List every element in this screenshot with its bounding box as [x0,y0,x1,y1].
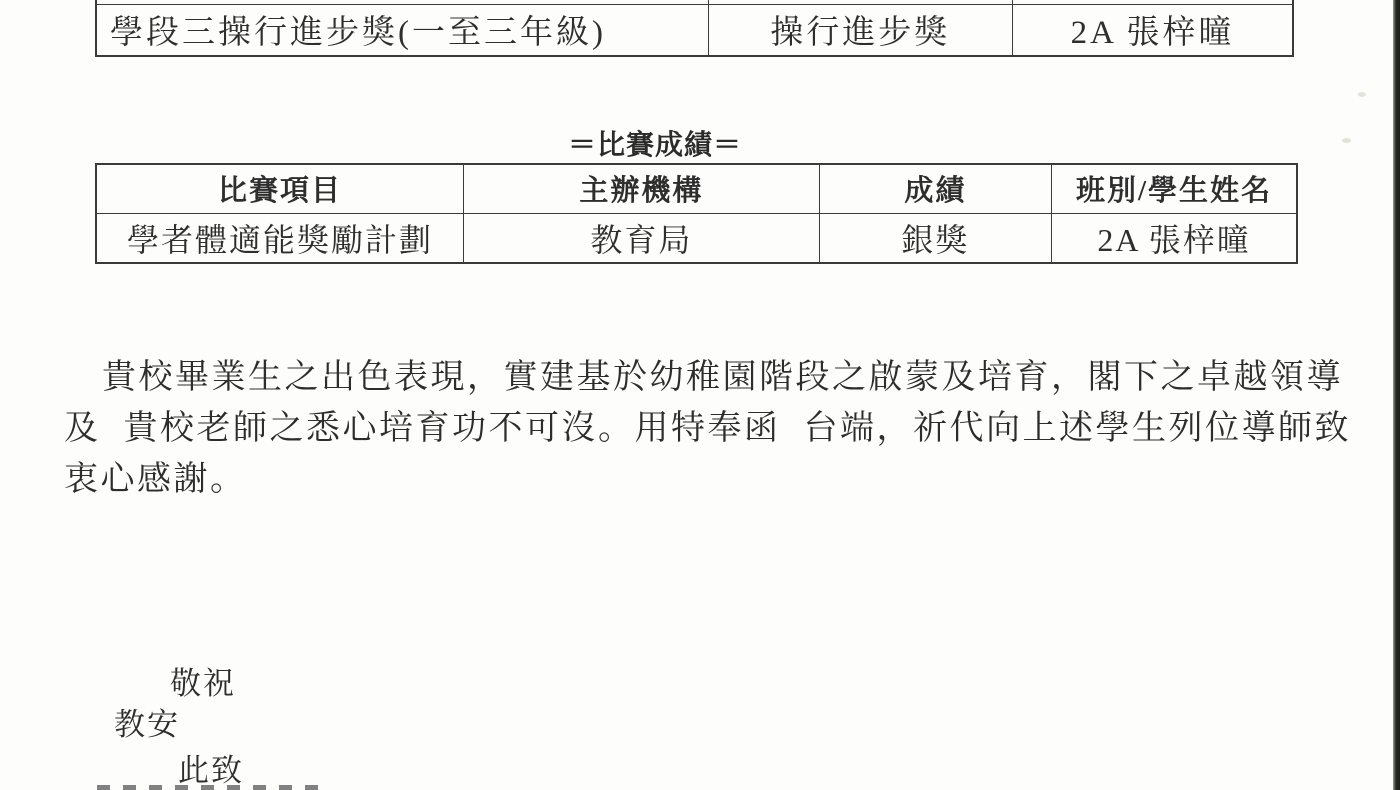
awards-table: 學段三操行進步獎(一至三年級) 操行進步獎 2A 張梓曈 [95,0,1294,57]
class-student-cell: 2A 張梓曈 [1052,213,1297,263]
awards-table-grid: 學段三操行進步獎(一至三年級) 操行進步獎 2A 張梓曈 [95,0,1294,57]
competition-table: 比賽項目 主辦機構 成績 班別/學生姓名 學者體適能獎勵計劃 教育局 銀獎 2A… [95,163,1298,264]
competition-table-header-row: 比賽項目 主辦機構 成績 班別/學生姓名 [96,164,1297,213]
header-organizer: 主辦機構 [464,164,820,213]
competition-table-row: 學者體適能獎勵計劃 教育局 銀獎 2A 張梓曈 [96,213,1297,263]
letter-body-paragraph: 貴校畢業生之出色表現，實建基於幼稚園階段之啟蒙及培育，閣下之卓越領導 及 貴校老… [64,352,1396,505]
header-class-student: 班別/學生姓名 [1052,164,1297,213]
closing-teaching-peace: 教安 [114,699,180,744]
closing-respect-wish: 敬祝 [170,658,236,703]
result-cell: 銀獎 [819,213,1051,263]
paragraph-line-1: 貴校畢業生之出色表現，實建基於幼稚園階段之啟蒙及培育，閣下之卓越領導 [64,352,1396,403]
award-name-cell: 操行進步獎 [708,4,1013,56]
scan-speck [1342,138,1351,143]
organizer-cell: 教育局 [464,213,820,263]
scanner-edge-strip [1393,0,1400,790]
scanned-letter-page: 學段三操行進步獎(一至三年級) 操行進步獎 2A 張梓曈 ＝比賽成績＝ 比賽項目… [0,0,1400,790]
award-item-cell: 學段三操行進步獎(一至三年級) [96,4,708,56]
cut-off-text-remnant [97,785,325,790]
competition-item-cell: 學者體適能獎勵計劃 [96,213,464,263]
award-student-cell: 2A 張梓曈 [1013,4,1293,56]
awards-table-row: 學段三操行進步獎(一至三年級) 操行進步獎 2A 張梓曈 [96,4,1293,56]
scan-speck [1358,92,1366,97]
competition-results-heading: ＝比賽成績＝ [95,123,1215,163]
paragraph-line-3: 衷心感謝。 [64,454,1396,505]
competition-table-grid: 比賽項目 主辦機構 成績 班別/學生姓名 學者體適能獎勵計劃 教育局 銀獎 2A… [95,163,1298,264]
header-result: 成績 [819,164,1051,213]
paragraph-line-2: 及 貴校老師之悉心培育功不可沒。用特奉函 台端，祈代向上述學生列位導師致 [64,403,1396,454]
closing-this-to: 此致 [178,745,244,790]
header-competition-item: 比賽項目 [96,164,464,213]
